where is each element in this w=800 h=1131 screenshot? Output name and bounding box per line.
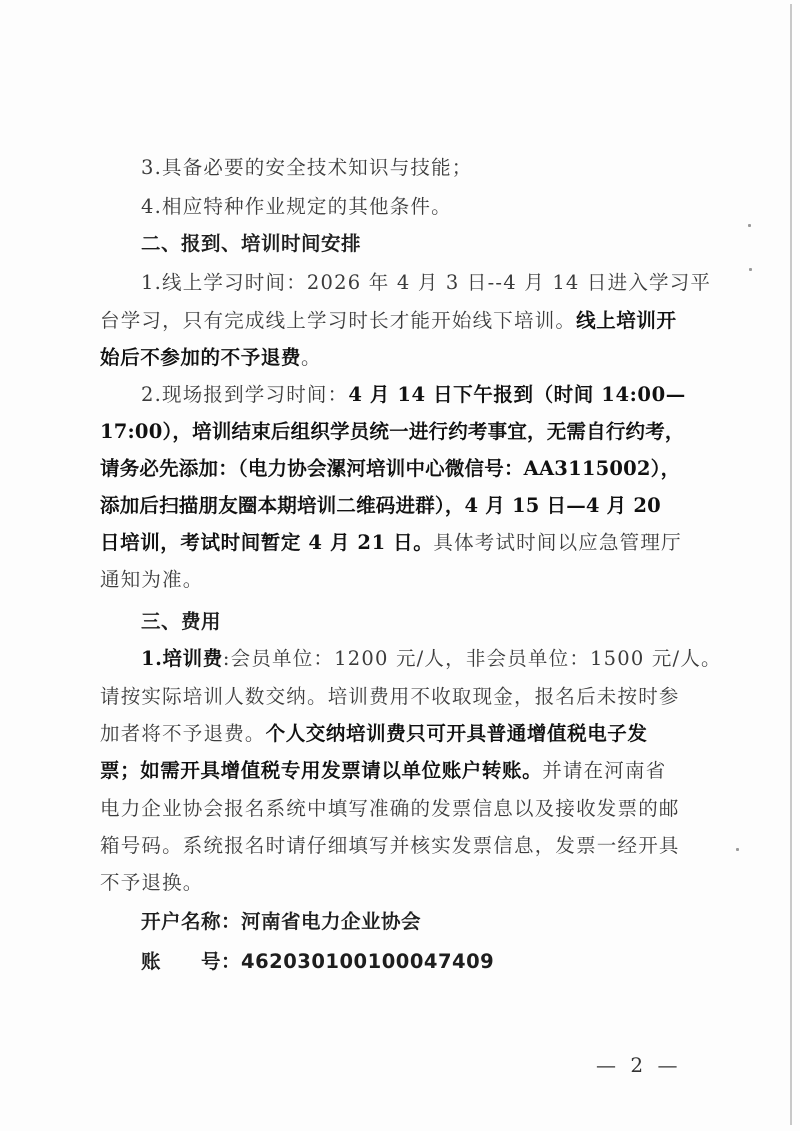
scan-speck: [748, 224, 751, 227]
online-study-line-3: 始后不参加的不予退费。: [100, 343, 710, 373]
requirement-item-4: 4.相应特种作业规定的其他条件。: [141, 192, 711, 222]
online-study-line-1: 1.线上学习时间：2026 年 4 月 3 日--4 月 14 日进入学习平: [141, 268, 711, 298]
invoice-system-text: 并请在河南省: [542, 759, 666, 782]
account-number-label: 账 号：: [141, 950, 241, 973]
scan-speck: [736, 848, 739, 851]
online-refund-warning-cont: 始后不参加的不予退费: [100, 346, 301, 369]
fee-line-7: 不予退换。: [100, 868, 710, 898]
exam-notice-line-2: 通知为准。: [100, 565, 710, 595]
exam-date-text: 日培训，考试时间暂定 4 月 21 日。: [100, 531, 433, 554]
onsite-checkin-label: 2.现场报到学习时间：: [141, 383, 348, 406]
invoice-notice-bold-cont: 票；如需开具增值税专用发票请以单位账户转账。: [100, 759, 542, 782]
scan-speck: [749, 268, 752, 271]
wechat-contact-line: 请务必先添加：（电力协会漯河培训中心微信号：AA3115002），: [100, 454, 710, 484]
fee-refund-text: 加者将不予退费。: [100, 722, 266, 745]
fee-line-6: 箱号码。系统报名时请仔细填写并核实发票信息，发票一经开具: [100, 831, 710, 861]
document-page: 3.具备必要的安全技术知识与技能； 4.相应特种作业规定的其他条件。 二、报到、…: [0, 0, 800, 1131]
account-name-row: 开户名称：河南省电力企业协会: [141, 907, 711, 937]
online-study-text: 台学习，只有完成线上学习时长才能开始线下培训。: [100, 309, 576, 332]
onsite-checkin-line-2: 17:00），培训结束后组织学员统一进行约考事宜，无需自行约考，: [100, 417, 710, 447]
account-number-value: 462030100100047409: [241, 950, 494, 973]
account-name-value: 河南省电力企业协会: [241, 910, 421, 933]
onsite-checkin-line-1: 2.现场报到学习时间：4 月 14 日下午报到（时间 14:00—: [141, 380, 711, 410]
section-heading-fees: 三、费用: [141, 607, 711, 637]
exam-notice-text: 具体考试时间以应急管理厅: [433, 531, 681, 554]
online-refund-warning: 线上培训开: [576, 309, 677, 332]
scan-edge-line: [790, 4, 792, 1125]
exam-date-line: 日培训，考试时间暂定 4 月 21 日。具体考试时间以应急管理厅: [100, 528, 710, 558]
fee-line-4: 票；如需开具增值税专用发票请以单位账户转账。并请在河南省: [100, 756, 710, 786]
fee-line-2: 请按实际培训人数交纳。培训费用不收取现金，报名后未按时参: [100, 682, 710, 712]
fee-line-1: 1.培训费:会员单位：1200 元/人，非会员单位：1500 元/人。: [141, 644, 711, 674]
punctuation: 。: [301, 346, 322, 369]
account-number-row: 账 号：462030100100047409: [141, 947, 711, 977]
account-name-label: 开户名称：: [141, 910, 241, 933]
fee-amounts: :会员单位：1200 元/人，非会员单位：1500 元/人。: [223, 647, 722, 670]
invoice-notice-bold: 个人交纳培训费只可开具普通增值税电子发: [266, 722, 648, 745]
fee-line-5: 电力企业协会报名系统中填写准确的发票信息以及接收发票的邮: [100, 794, 710, 824]
requirement-item-3: 3.具备必要的安全技术知识与技能；: [141, 153, 711, 183]
online-study-line-2: 台学习，只有完成线上学习时长才能开始线下培训。线上培训开: [100, 306, 710, 336]
onsite-checkin-time: 4 月 14 日下午报到（时间 14:00—: [348, 383, 686, 406]
section-heading-schedule: 二、报到、培训时间安排: [141, 229, 711, 259]
fee-label: 1.培训费: [141, 647, 223, 670]
fee-line-3: 加者将不予退费。个人交纳培训费只可开具普通增值税电子发: [100, 719, 710, 749]
training-dates-line: 添加后扫描朋友圈本期培训二维码进群），4 月 15 日—4 月 20: [100, 491, 710, 521]
page-number: — 2 —: [596, 1053, 681, 1077]
